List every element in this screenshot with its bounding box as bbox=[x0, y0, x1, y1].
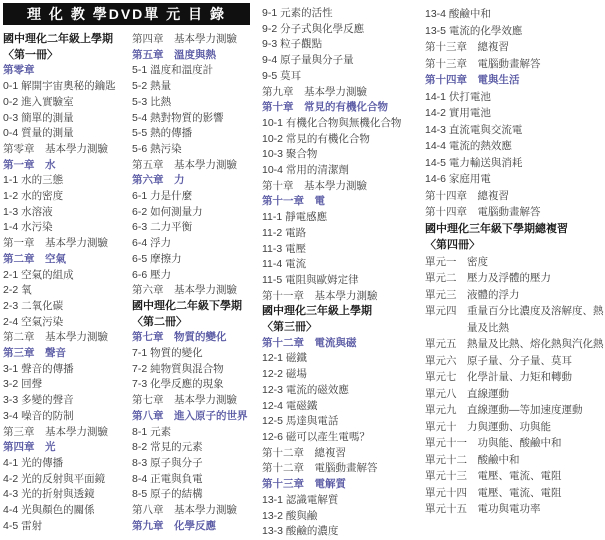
toc-entry: 12-6 磁可以產生電嗎？ bbox=[262, 430, 425, 446]
toc-entry: 8-1 元素 bbox=[132, 425, 262, 441]
toc-entry: 第一章 基本學力測驗 bbox=[3, 236, 132, 252]
toc-entry: 11-1 靜電感應 bbox=[262, 210, 425, 226]
toc-entry: 4-3 光的折射與透鏡 bbox=[3, 487, 132, 503]
toc-entry: 國中理化三年級下學期總複習 bbox=[425, 221, 605, 238]
toc-entry: 2-4 空氣污染 bbox=[3, 315, 132, 331]
toc-entry: 國中理化三年級上學期 bbox=[262, 304, 425, 320]
toc-entry: 11-2 電路 bbox=[262, 226, 425, 242]
toc-entry: 7-1 物質的變化 bbox=[132, 346, 262, 362]
toc-entry: 第十二章 電流與磁 bbox=[262, 336, 425, 352]
toc-entry: 8-5 原子的結構 bbox=[132, 487, 262, 503]
toc-entry: 單元二 壓力及浮體的壓力 bbox=[425, 270, 605, 287]
toc-entry: 0-3 簡單的測量 bbox=[3, 111, 132, 127]
toc-entry: 10-3 聚合物 bbox=[262, 147, 425, 163]
left-columns: 國中理化二年級上學期〈第一冊〉第零章0-1 解開宇宙奧秘的鑰匙0-2 進入實驗室… bbox=[3, 32, 262, 535]
toc-entry: 單元五 熱量及比熱、熔化熱與汽化熱 bbox=[425, 336, 605, 353]
toc-entry: 6-5 摩擦力 bbox=[132, 252, 262, 268]
toc-entry: 9-4 原子量與分子量 bbox=[262, 53, 425, 69]
toc-entry: 1-4 水污染 bbox=[3, 220, 132, 236]
toc-entry: 6-1 力是什麼 bbox=[132, 189, 262, 205]
toc-entry: 0-2 進入實驗室 bbox=[3, 95, 132, 111]
toc-entry: 單元十 力與運動、功與能 bbox=[425, 419, 605, 436]
toc-entry: 第十章 基本學力測驗 bbox=[262, 179, 425, 195]
toc-entry: 〈第三冊〉 bbox=[262, 320, 425, 336]
toc-entry: 10-4 常用的清潔劑 bbox=[262, 163, 425, 179]
toc-column-1: 國中理化二年級上學期〈第一冊〉第零章0-1 解開宇宙奧秘的鑰匙0-2 進入實驗室… bbox=[3, 32, 132, 535]
toc-entry: 單元十三 電壓、電流、電阻 bbox=[425, 468, 605, 485]
toc-entry: 12-4 電磁鐵 bbox=[262, 399, 425, 415]
toc-entry: 5-5 熱的傳播 bbox=[132, 126, 262, 142]
toc-entry: 5-1 溫度和溫度計 bbox=[132, 63, 262, 79]
toc-entry: 7-3 化學反應的現象 bbox=[132, 377, 262, 393]
toc-entry: 第二章 空氣 bbox=[3, 252, 132, 268]
toc-entry: 9-3 粒子觀點 bbox=[262, 37, 425, 53]
toc-entry: 單元十一 功與能、酸鹼中和 bbox=[425, 435, 605, 452]
toc-entry: 第九章 化學反應 bbox=[132, 519, 262, 535]
toc-entry: 單元七 化學計量、力矩和轉動 bbox=[425, 369, 605, 386]
toc-entry: 第三章 基本學力測驗 bbox=[3, 425, 132, 441]
toc-entry: 第四章 光 bbox=[3, 440, 132, 456]
toc-entry: 第十四章 總複習 bbox=[425, 188, 605, 205]
toc-entry: 第九章 基本學力測驗 bbox=[262, 85, 425, 101]
toc-entry: 第二章 基本學力測驗 bbox=[3, 330, 132, 346]
toc-entry: 12-2 磁場 bbox=[262, 367, 425, 383]
toc-entry: 單元十二 酸鹼中和 bbox=[425, 452, 605, 469]
toc-column-3: 9-1 元素的活性9-2 分子式與化學反應9-3 粒子觀點9-4 原子量與分子量… bbox=[262, 0, 425, 540]
toc-entry: 第十二章 總複習 bbox=[262, 446, 425, 462]
toc-entry: 14-5 電力輸送與消耗 bbox=[425, 155, 605, 172]
toc-entry: 單元六 原子量、分子量、莫耳 bbox=[425, 353, 605, 370]
toc-entry: 第十三章 電腦動畫解答 bbox=[425, 56, 605, 73]
toc-entry: 〈第一冊〉 bbox=[3, 48, 132, 64]
toc-entry: 5-2 熱量 bbox=[132, 79, 262, 95]
toc-entry: 12-3 電流的磁效應 bbox=[262, 383, 425, 399]
toc-entry: 第四章 基本學力測驗 bbox=[132, 32, 262, 48]
toc-entry: 單元八 直線運動 bbox=[425, 386, 605, 403]
toc-entry: 10-2 常見的有機化合物 bbox=[262, 132, 425, 148]
toc-entry: 2-3 二氧化碳 bbox=[3, 299, 132, 315]
toc-entry: 13-1 認識電解質 bbox=[262, 493, 425, 509]
page-title: 理 化 教 學DVD單 元 目 錄 bbox=[3, 3, 250, 25]
toc-entry: 國中理化二年級上學期 bbox=[3, 32, 132, 48]
toc-entry: 8-3 原子與分子 bbox=[132, 456, 262, 472]
toc-entry: 11-4 電流 bbox=[262, 257, 425, 273]
page-title-text: 理 化 教 學DVD單 元 目 錄 bbox=[27, 4, 226, 24]
toc-page: 理 化 教 學DVD單 元 目 錄 國中理化二年級上學期〈第一冊〉第零章0-1 … bbox=[0, 0, 605, 540]
toc-entry: 14-2 實用電池 bbox=[425, 105, 605, 122]
toc-entry: 11-5 電阻與歐姆定律 bbox=[262, 273, 425, 289]
toc-entry: 3-4 噪音的防制 bbox=[3, 409, 132, 425]
toc-column-2: 第四章 基本學力測驗第五章 溫度與熱5-1 溫度和溫度計5-2 熱量5-3 比熱… bbox=[132, 32, 262, 535]
left-block: 理 化 教 學DVD單 元 目 錄 國中理化二年級上學期〈第一冊〉第零章0-1 … bbox=[0, 0, 262, 540]
toc-entry: 第十章 常見的有機化合物 bbox=[262, 100, 425, 116]
toc-entry: 單元九 直線運動—等加速度運動 bbox=[425, 402, 605, 419]
toc-entry: 4-2 光的反射與平面鏡 bbox=[3, 472, 132, 488]
toc-entry: 8-2 常見的元素 bbox=[132, 440, 262, 456]
toc-entry: 4-4 光與顏色的關係 bbox=[3, 503, 132, 519]
toc-entry: 單元十四 電壓、電流、電阻 bbox=[425, 485, 605, 502]
toc-entry: 0-4 質量的測量 bbox=[3, 126, 132, 142]
toc-entry: 8-4 正電與負電 bbox=[132, 472, 262, 488]
toc-entry: 第一章 水 bbox=[3, 158, 132, 174]
toc-entry: 6-6 壓力 bbox=[132, 268, 262, 284]
toc-entry: 14-3 直流電與交流電 bbox=[425, 122, 605, 139]
toc-entry: 1-3 水溶液 bbox=[3, 205, 132, 221]
toc-entry: 0-1 解開宇宙奧秘的鑰匙 bbox=[3, 79, 132, 95]
toc-entry: 第五章 溫度與熱 bbox=[132, 48, 262, 64]
toc-entry: 3-3 多變的聲音 bbox=[3, 393, 132, 409]
toc-entry: 第十三章 總複習 bbox=[425, 39, 605, 56]
toc-entry: 第七章 物質的變化 bbox=[132, 330, 262, 346]
toc-entry: 14-1 伏打電池 bbox=[425, 89, 605, 106]
toc-entry: 第零章 基本學力測驗 bbox=[3, 142, 132, 158]
toc-entry: 第十三章 電解質 bbox=[262, 477, 425, 493]
toc-entry: 12-1 磁鐵 bbox=[262, 351, 425, 367]
toc-entry: 〈第二冊〉 bbox=[132, 315, 262, 331]
toc-entry: 9-2 分子式與化學反應 bbox=[262, 22, 425, 38]
toc-entry: 7-2 純物質與混合物 bbox=[132, 362, 262, 378]
toc-entry: 1-1 水的三態 bbox=[3, 173, 132, 189]
toc-entry: 國中理化二年級下學期 bbox=[132, 299, 262, 315]
toc-entry: 第六章 力 bbox=[132, 173, 262, 189]
toc-entry: 單元一 密度 bbox=[425, 254, 605, 271]
toc-entry: 12-5 馬達與電話 bbox=[262, 414, 425, 430]
toc-entry: 11-3 電壓 bbox=[262, 242, 425, 258]
toc-entry: 6-3 二力平衡 bbox=[132, 220, 262, 236]
toc-entry: 2-1 空氣的組成 bbox=[3, 268, 132, 284]
toc-entry: 第十四章 電腦動畫解答 bbox=[425, 204, 605, 221]
toc-entry: 5-6 熱污染 bbox=[132, 142, 262, 158]
toc-entry: 單元三 液體的浮力 bbox=[425, 287, 605, 304]
toc-entry: 13-5 電流的化學效應 bbox=[425, 23, 605, 40]
toc-entry: 第八章 基本學力測驗 bbox=[132, 503, 262, 519]
toc-entry: 第五章 基本學力測驗 bbox=[132, 158, 262, 174]
toc-entry: 第六章 基本學力測驗 bbox=[132, 283, 262, 299]
toc-entry: 單元十五 電功與電功率 bbox=[425, 501, 605, 518]
toc-entry: 4-1 光的傳播 bbox=[3, 456, 132, 472]
toc-entry: 9-5 莫耳 bbox=[262, 69, 425, 85]
toc-entry: 2-2 氧 bbox=[3, 283, 132, 299]
toc-entry: 10-1 有機化合物與無機化合物 bbox=[262, 116, 425, 132]
toc-entry: 1-2 水的密度 bbox=[3, 189, 132, 205]
toc-entry: 5-3 比熱 bbox=[132, 95, 262, 111]
toc-entry: 6-4 浮力 bbox=[132, 236, 262, 252]
toc-entry: 第零章 bbox=[3, 63, 132, 79]
toc-entry: 4-5 雷射 bbox=[3, 519, 132, 535]
toc-entry: 第十一章 電 bbox=[262, 194, 425, 210]
toc-entry: 14-6 家庭用電 bbox=[425, 171, 605, 188]
toc-entry: 9-1 元素的活性 bbox=[262, 6, 425, 22]
toc-entry: 3-2 回聲 bbox=[3, 377, 132, 393]
toc-entry: 〈第四冊〉 bbox=[425, 237, 605, 254]
toc-column-4: 13-4 酸鹼中和13-5 電流的化學效應第十三章 總複習第十三章 電腦動畫解答… bbox=[425, 0, 605, 540]
toc-entry: 第十二章 電腦動畫解答 bbox=[262, 461, 425, 477]
toc-entry: 13-2 酸與鹼 bbox=[262, 509, 425, 525]
toc-entry: 6-2 如何測量力 bbox=[132, 205, 262, 221]
toc-entry: 第三章 聲音 bbox=[3, 346, 132, 362]
toc-entry: 第十四章 電與生活 bbox=[425, 72, 605, 89]
toc-entry: 13-4 酸鹼中和 bbox=[425, 6, 605, 23]
toc-entry: 第七章 基本學力測驗 bbox=[132, 393, 262, 409]
toc-entry: 3-1 聲音的傳播 bbox=[3, 362, 132, 378]
toc-entry: 第八章 進入原子的世界 bbox=[132, 409, 262, 425]
toc-entry: 第十一章 基本學力測驗 bbox=[262, 289, 425, 305]
toc-entry: 14-4 電流的熱效應 bbox=[425, 138, 605, 155]
toc-entry: 單元四 重量百分比濃度及溶解度、熱量及比熱 bbox=[425, 303, 605, 336]
toc-entry: 13-3 酸鹼的濃度 bbox=[262, 524, 425, 540]
toc-entry: 5-4 熱對物質的影響 bbox=[132, 111, 262, 127]
